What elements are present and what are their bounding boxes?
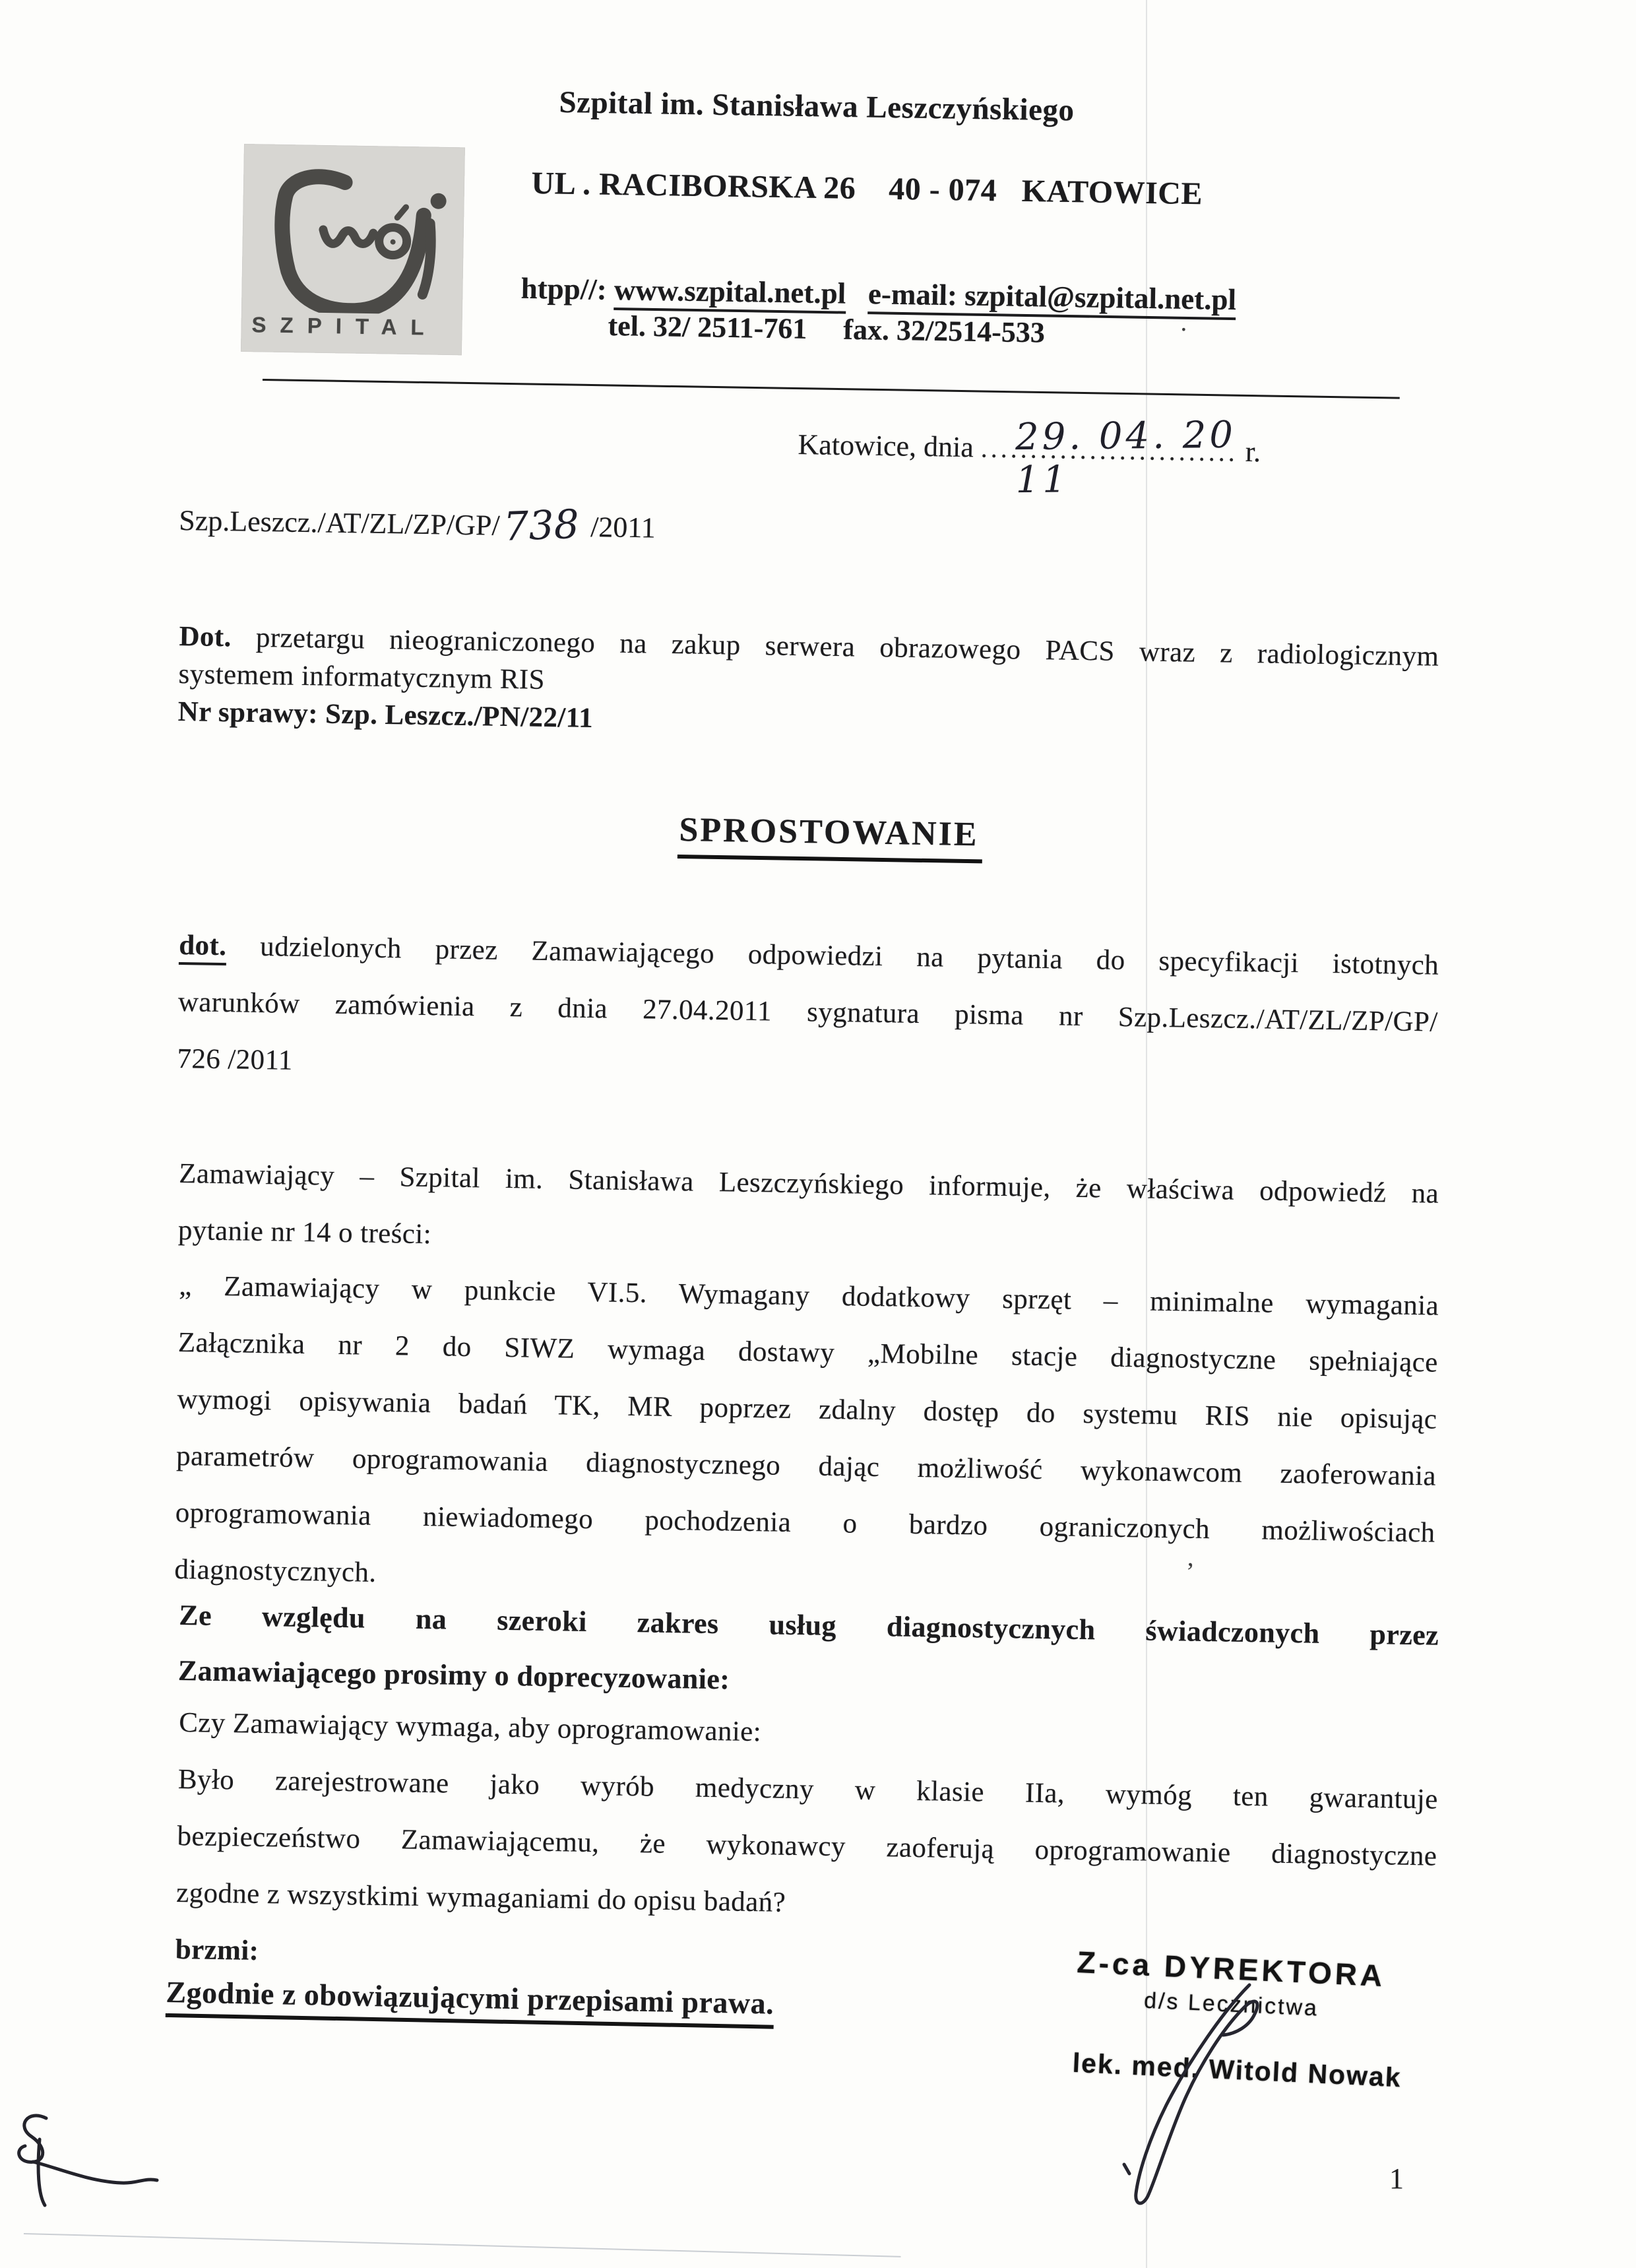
letterhead-phone-fax: tel. 32/ 2511-761 fax. 32/2514-533 xyxy=(608,309,1045,350)
scan-edge-line xyxy=(24,2233,901,2257)
web-gap xyxy=(846,277,869,311)
subject-block: Dot. przetargu nieograniczonego na zakup… xyxy=(177,618,1439,751)
paragraph-quote: „ Zamawiający w punkcie VI.5. Wymagany d… xyxy=(174,1258,1439,1619)
date-city-label: Katowice, dnia xyxy=(798,428,981,463)
hospital-logo: SZPITAL xyxy=(241,144,465,355)
handwritten-reference-number: 738 xyxy=(499,502,584,551)
reference-prefix: Szp.Leszcz./AT/ZL/ZP/GP/ xyxy=(179,504,500,542)
reference-number: Szp.Leszcz./AT/ZL/ZP/GP/738 /2011 xyxy=(179,494,656,548)
logo-caption: SZPITAL xyxy=(251,312,438,340)
signature-scribble xyxy=(1086,1966,1323,2224)
final-statement: Zgodnie z obowiązującymi przepisami praw… xyxy=(166,1974,774,2029)
paragraph-regarding: dot. udzielonych przez Zamawiającego odp… xyxy=(177,917,1439,1108)
website-link: www.szpital.net.pl xyxy=(614,273,846,314)
paragraph-inform: Zamawiający – Szpital im. Stanisława Les… xyxy=(177,1146,1439,1280)
letterhead-address: UL . RACIBORSKA 26 40 - 074 KATOWICE xyxy=(531,165,1203,212)
document-heading: SPROSTOWANIE xyxy=(677,810,983,863)
smile-logo-icon xyxy=(245,146,460,315)
letterhead-divider xyxy=(263,379,1400,399)
page-number: 1 xyxy=(1389,2162,1404,2195)
paraph-scribble xyxy=(4,2104,175,2216)
letterhead-hospital-name: Szpital im. Stanisława Leszczyńskiego xyxy=(559,84,1075,129)
reference-suffix: /2011 xyxy=(583,511,656,544)
regarding-lead: dot. xyxy=(179,930,227,965)
scan-speck: · xyxy=(1180,315,1188,344)
date-line: Katowice, dnia .........................… xyxy=(798,428,1261,469)
web-prefix: htpp//: xyxy=(520,272,614,306)
handwritten-date: 29. 04. 20 11 xyxy=(1015,413,1261,502)
regarding-line-1-text: udzielonych przez Zamawiającego odpowied… xyxy=(226,930,1439,981)
subject-lead: Dot. xyxy=(179,621,232,653)
scan-speck-2: ’ xyxy=(1186,1557,1195,1586)
scanned-letter-page: Szpital im. Stanisława Leszczyńskiego SZ… xyxy=(0,0,1636,2268)
